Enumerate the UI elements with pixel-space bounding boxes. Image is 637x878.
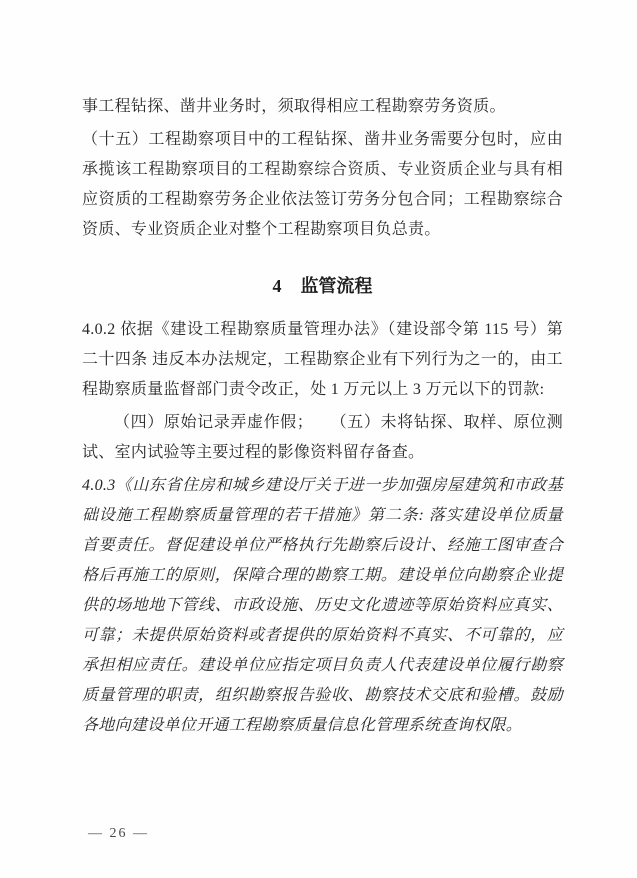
section-title: 监管流程 [300, 276, 372, 296]
section-heading: 4监管流程 [82, 271, 563, 301]
paragraph-clause-402: 4.0.2 依据《建设工程勘察质量管理办法》（建设部令第 115 号）第二十四条… [82, 315, 563, 405]
paragraph-clause-403: 4.0.3《山东省住房和城乡建设厅关于进一步加强房屋建筑和市政基础设施工程勘察质… [82, 471, 563, 741]
paragraph-item-15: （十五）工程勘察项目中的工程钻探、凿井业务需要分包时，应由承揽该工程勘察项目的工… [82, 125, 563, 245]
paragraph-continuation: 事工程钻探、凿井业务时，须取得相应工程勘察劳务资质。 [82, 92, 563, 122]
document-page: 事工程钻探、凿井业务时，须取得相应工程勘察劳务资质。 （十五）工程勘察项目中的工… [0, 0, 637, 878]
page-number: — 26 — [88, 826, 149, 842]
paragraph-clause-402-items: （四）原始记录弄虚作假； （五）未将钻探、取样、原位测试、室内试验等主要过程的影… [82, 408, 563, 468]
section-number: 4 [273, 276, 282, 296]
